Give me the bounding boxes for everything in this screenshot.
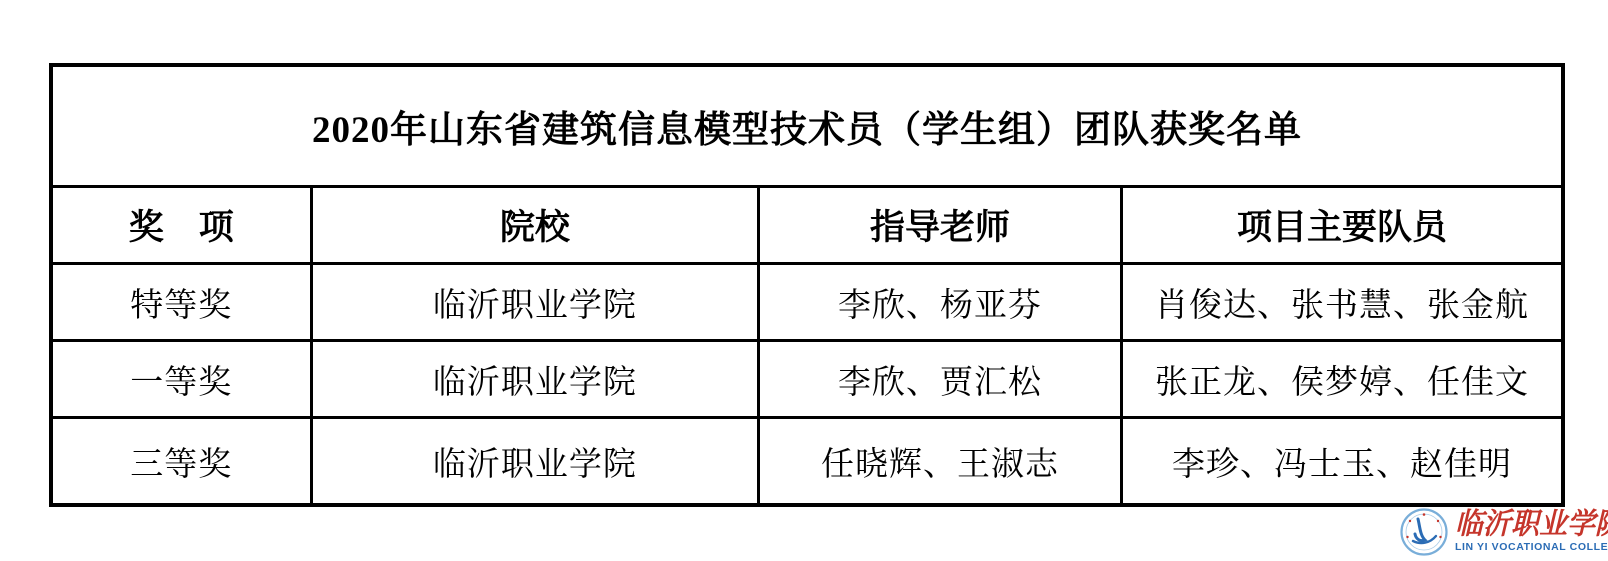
cell-college: 临沂职业学院: [311, 418, 759, 506]
cell-college: 临沂职业学院: [311, 264, 759, 341]
cell-teachers: 任晓辉、王淑志: [759, 418, 1122, 506]
cell-members: 李珍、冯士玉、赵佳明: [1121, 418, 1563, 506]
table-row: 一等奖 临沂职业学院 李欣、贾汇松 张正龙、侯梦婷、任佳文: [51, 341, 1563, 418]
table-row: 特等奖 临沂职业学院 李欣、杨亚芬 肖俊达、张书慧、张金航: [51, 264, 1563, 341]
college-logo-name: 临沂职业学院: [1455, 511, 1608, 540]
cell-teachers: 李欣、杨亚芬: [759, 264, 1122, 341]
table-title: 2020年山东省建筑信息模型技术员（学生组）团队获奖名单: [51, 65, 1563, 187]
cell-teachers: 李欣、贾汇松: [759, 341, 1122, 418]
cell-members: 肖俊达、张书慧、张金航: [1121, 264, 1563, 341]
title-row: 2020年山东省建筑信息模型技术员（学生组）团队获奖名单: [51, 65, 1563, 187]
cell-award: 三等奖: [51, 418, 311, 506]
college-logo-watermark: 临沂职业学院 LIN YI VOCATIONAL COLLEGE: [1399, 504, 1608, 560]
cell-award: 特等奖: [51, 264, 311, 341]
college-logo-subtitle: LIN YI VOCATIONAL COLLEGE: [1455, 542, 1608, 553]
column-header-college: 院校: [311, 187, 759, 264]
table-row: 三等奖 临沂职业学院 任晓辉、王淑志 李珍、冯士玉、赵佳明: [51, 418, 1563, 506]
column-header-members: 项目主要队员: [1121, 187, 1563, 264]
cell-members: 张正龙、侯梦婷、任佳文: [1121, 341, 1563, 418]
header-row: 奖 项 院校 指导老师 项目主要队员: [51, 187, 1563, 264]
cell-college: 临沂职业学院: [311, 341, 759, 418]
column-header-teachers: 指导老师: [759, 187, 1122, 264]
college-logo-icon: [1399, 507, 1449, 557]
awards-table: 2020年山东省建筑信息模型技术员（学生组）团队获奖名单 奖 项 院校 指导老师…: [49, 63, 1565, 507]
cell-award: 一等奖: [51, 341, 311, 418]
column-header-award: 奖 项: [51, 187, 311, 264]
